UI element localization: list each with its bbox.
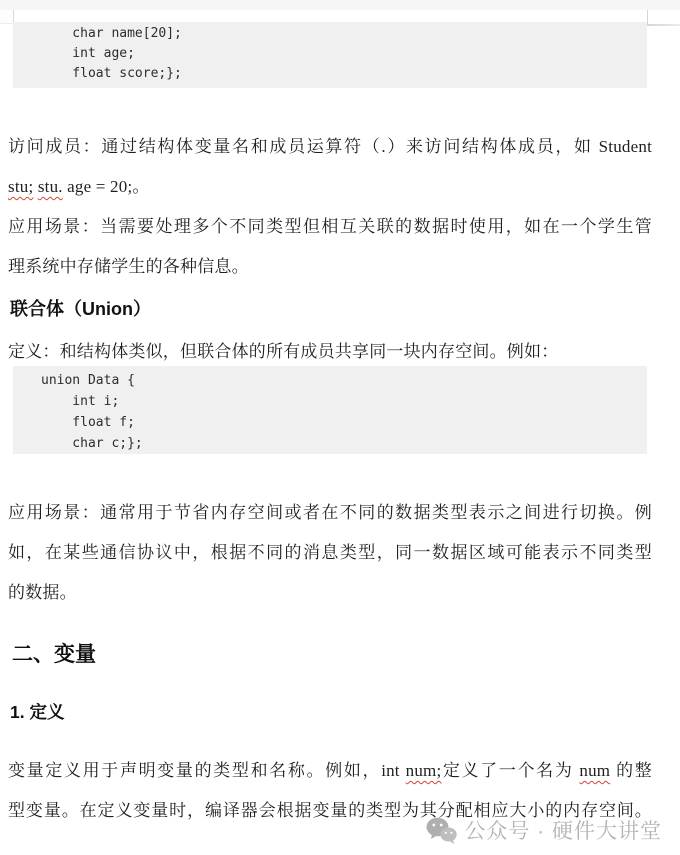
- code-block-struct-text: char name[20]; int age; float score;};: [13, 22, 647, 84]
- paragraph-union-usage-line1: 应用场景：通常用于节省内存空间或者在不同的数据类型表示之间进行切换。例: [8, 493, 652, 533]
- code-block-struct: char name[20]; int age; float score;};: [13, 22, 647, 88]
- paragraph-access-members-line1: 访问成员：通过结构体变量名和成员运算符（.）来访问结构体成员，如 Student: [8, 127, 652, 167]
- code-block-union: union Data { int i; float f; char c;};: [13, 366, 647, 454]
- wechat-icon: [426, 817, 457, 844]
- paragraph-variable-definition-line1: 变量定义用于声明变量的类型和名称。例如，int num;定义了一个名为 num …: [8, 751, 652, 791]
- code-block-union-text: union Data { int i; float f; char c;};: [13, 366, 647, 454]
- paragraph-union-usage-line2: 如，在某些通信协议中，根据不同的消息类型，同一数据区域可能表示不同类型: [8, 533, 652, 573]
- heading-union: 联合体（Union）: [10, 296, 151, 322]
- page-corner-artifact-right-horizontal: [647, 24, 680, 26]
- heading-variables-section: 二、变量: [12, 641, 96, 668]
- paragraph-struct-usage-line1: 应用场景：当需要处理多个不同类型但相互关联的数据时使用，如在一个学生管: [8, 207, 652, 247]
- page-corner-artifact-right-vertical: [647, 10, 648, 25]
- watermark-label: 公众号 · 硬件大讲堂: [464, 815, 662, 845]
- paragraph-union-usage-line3: 的数据。: [8, 573, 652, 613]
- paragraph-struct-usage-line2: 理系统中存储学生的各种信息。: [8, 247, 652, 287]
- page-corner-artifact-left: [0, 10, 14, 24]
- paragraph-access-members-line2: stu; stu. age = 20;。: [8, 167, 652, 207]
- wechat-watermark: 公众号 · 硬件大讲堂: [426, 815, 662, 845]
- page-top-edge: [0, 0, 680, 10]
- heading-definition-subsection: 1. 定义: [10, 700, 64, 725]
